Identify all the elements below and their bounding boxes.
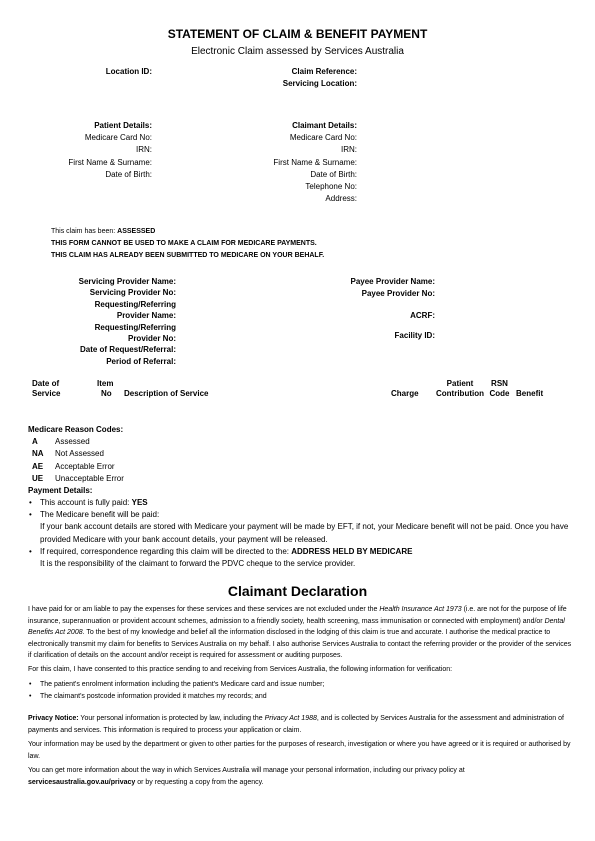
requesting-provider-no-label-1: Requesting/Referring: [79, 322, 176, 333]
facility-id-label: Facility ID:: [395, 330, 435, 342]
acrf-label: ACRF:: [410, 310, 435, 322]
patient-medicare-card-label: Medicare Card No:: [68, 132, 152, 144]
consent-bullet: The claimant's postcode information prov…: [28, 691, 573, 703]
reason-code-row: NANot Assessed: [28, 448, 124, 460]
col-date-of-service: Date of Service: [32, 379, 60, 399]
patient-name-label: First Name & Surname:: [68, 157, 152, 169]
period-of-referral-label: Period of Referral:: [79, 356, 176, 367]
claim-status: This claim has been: ASSESSED: [51, 226, 155, 238]
information-use-paragraph: Your information may be used by the depa…: [28, 739, 573, 762]
payee-provider-name-label: Payee Provider Name:: [351, 276, 436, 288]
patient-irn-label: IRN:: [68, 144, 152, 156]
col-benefit: Benefit: [516, 389, 543, 399]
servicing-location-label: Servicing Location:: [283, 78, 357, 90]
patient-details: Patient Details: Medicare Card No: IRN: …: [68, 120, 152, 181]
provider-details: Servicing Provider Name: Servicing Provi…: [79, 276, 176, 367]
patient-details-heading: Patient Details:: [68, 120, 152, 132]
notice-cannot-claim: THIS FORM CANNOT BE USED TO MAKE A CLAIM…: [51, 238, 317, 250]
reason-codes-heading: Medicare Reason Codes:: [28, 424, 124, 436]
pdvc-text: It is the responsibility of the claimant…: [28, 558, 578, 570]
document-title: STATEMENT OF CLAIM & BENEFIT PAYMENT: [0, 27, 595, 41]
declaration-paragraph: I have paid for or am liable to pay the …: [28, 604, 573, 662]
notice-already-submitted: THIS CLAIM HAS ALREADY BEEN SUBMITTED TO…: [51, 250, 324, 262]
correspondence-value: ADDRESS HELD BY MEDICARE: [291, 547, 412, 556]
document-subtitle: Electronic Claim assessed by Services Au…: [0, 46, 595, 57]
health-insurance-act: Health Insurance Act 1973: [379, 606, 461, 613]
reason-codes: Medicare Reason Codes: AAssessed NANot A…: [28, 424, 124, 497]
servicing-provider-no-label: Servicing Provider No:: [79, 287, 176, 298]
correspondence-item: If required, correspondence regarding th…: [28, 546, 578, 558]
patient-dob-label: Date of Birth:: [68, 169, 152, 181]
consent-bullet: The patient's enrolment information incl…: [28, 679, 573, 691]
reason-code-row: AEAcceptable Error: [28, 461, 124, 473]
claim-info: Claim Reference: Servicing Location:: [283, 66, 357, 90]
payee-provider-no-label: Payee Provider No:: [362, 288, 435, 300]
requesting-provider-name-label-1: Requesting/Referring: [79, 299, 176, 310]
claimant-irn-label: IRN:: [273, 144, 357, 156]
eft-text: If your bank account details are stored …: [28, 521, 578, 545]
claim-reference-label: Claim Reference:: [283, 66, 357, 78]
claimant-telephone-label: Telephone No:: [273, 181, 357, 193]
privacy-act: Privacy Act 1988: [265, 715, 317, 722]
col-charge: Charge: [391, 389, 419, 399]
benefit-paid-item: The Medicare benefit will be paid:: [28, 509, 578, 521]
reason-code-row: UEUnacceptable Error: [28, 473, 124, 485]
more-information-paragraph: You can get more information about the w…: [28, 765, 573, 788]
col-rsn-code: RSN Code: [488, 379, 511, 399]
claimant-dob-label: Date of Birth:: [273, 169, 357, 181]
requesting-provider-no-label-2: Provider No:: [79, 333, 176, 344]
privacy-notice: Privacy Notice: Your personal informatio…: [28, 713, 573, 736]
claimant-medicare-card-label: Medicare Card No:: [273, 132, 357, 144]
declaration-title: Claimant Declaration: [0, 583, 595, 599]
fully-paid-item: This account is fully paid: YES: [28, 497, 578, 509]
claimant-name-label: First Name & Surname:: [273, 157, 357, 169]
consent-bullets: The patient's enrolment information incl…: [28, 679, 573, 702]
col-description: Description of Service: [124, 389, 208, 399]
payment-details: This account is fully paid: YES The Medi…: [28, 497, 578, 570]
privacy-notice-label: Privacy Notice:: [28, 715, 79, 722]
claim-status-value: ASSESSED: [117, 228, 155, 235]
requesting-provider-name-label-2: Provider Name:: [79, 310, 176, 321]
claimant-address-label: Address:: [273, 193, 357, 205]
claimant-details: Claimant Details: Medicare Card No: IRN:…: [273, 120, 357, 205]
fully-paid-value: YES: [132, 498, 148, 507]
payment-details-heading: Payment Details:: [28, 485, 124, 497]
date-of-request-label: Date of Request/Referral:: [79, 344, 176, 355]
location-id-label: Location ID:: [106, 66, 152, 78]
privacy-policy-link[interactable]: servicesaustralia.gov.au/privacy: [28, 779, 135, 786]
reason-code-row: AAssessed: [28, 436, 124, 448]
consent-paragraph: For this claim, I have consented to this…: [28, 664, 573, 676]
col-item-no: Item No: [97, 379, 113, 399]
servicing-provider-name-label: Servicing Provider Name:: [79, 276, 176, 287]
claimant-details-heading: Claimant Details:: [273, 120, 357, 132]
col-patient-contribution: Patient Contribution: [436, 379, 484, 399]
claim-status-prefix: This claim has been:: [51, 228, 117, 235]
